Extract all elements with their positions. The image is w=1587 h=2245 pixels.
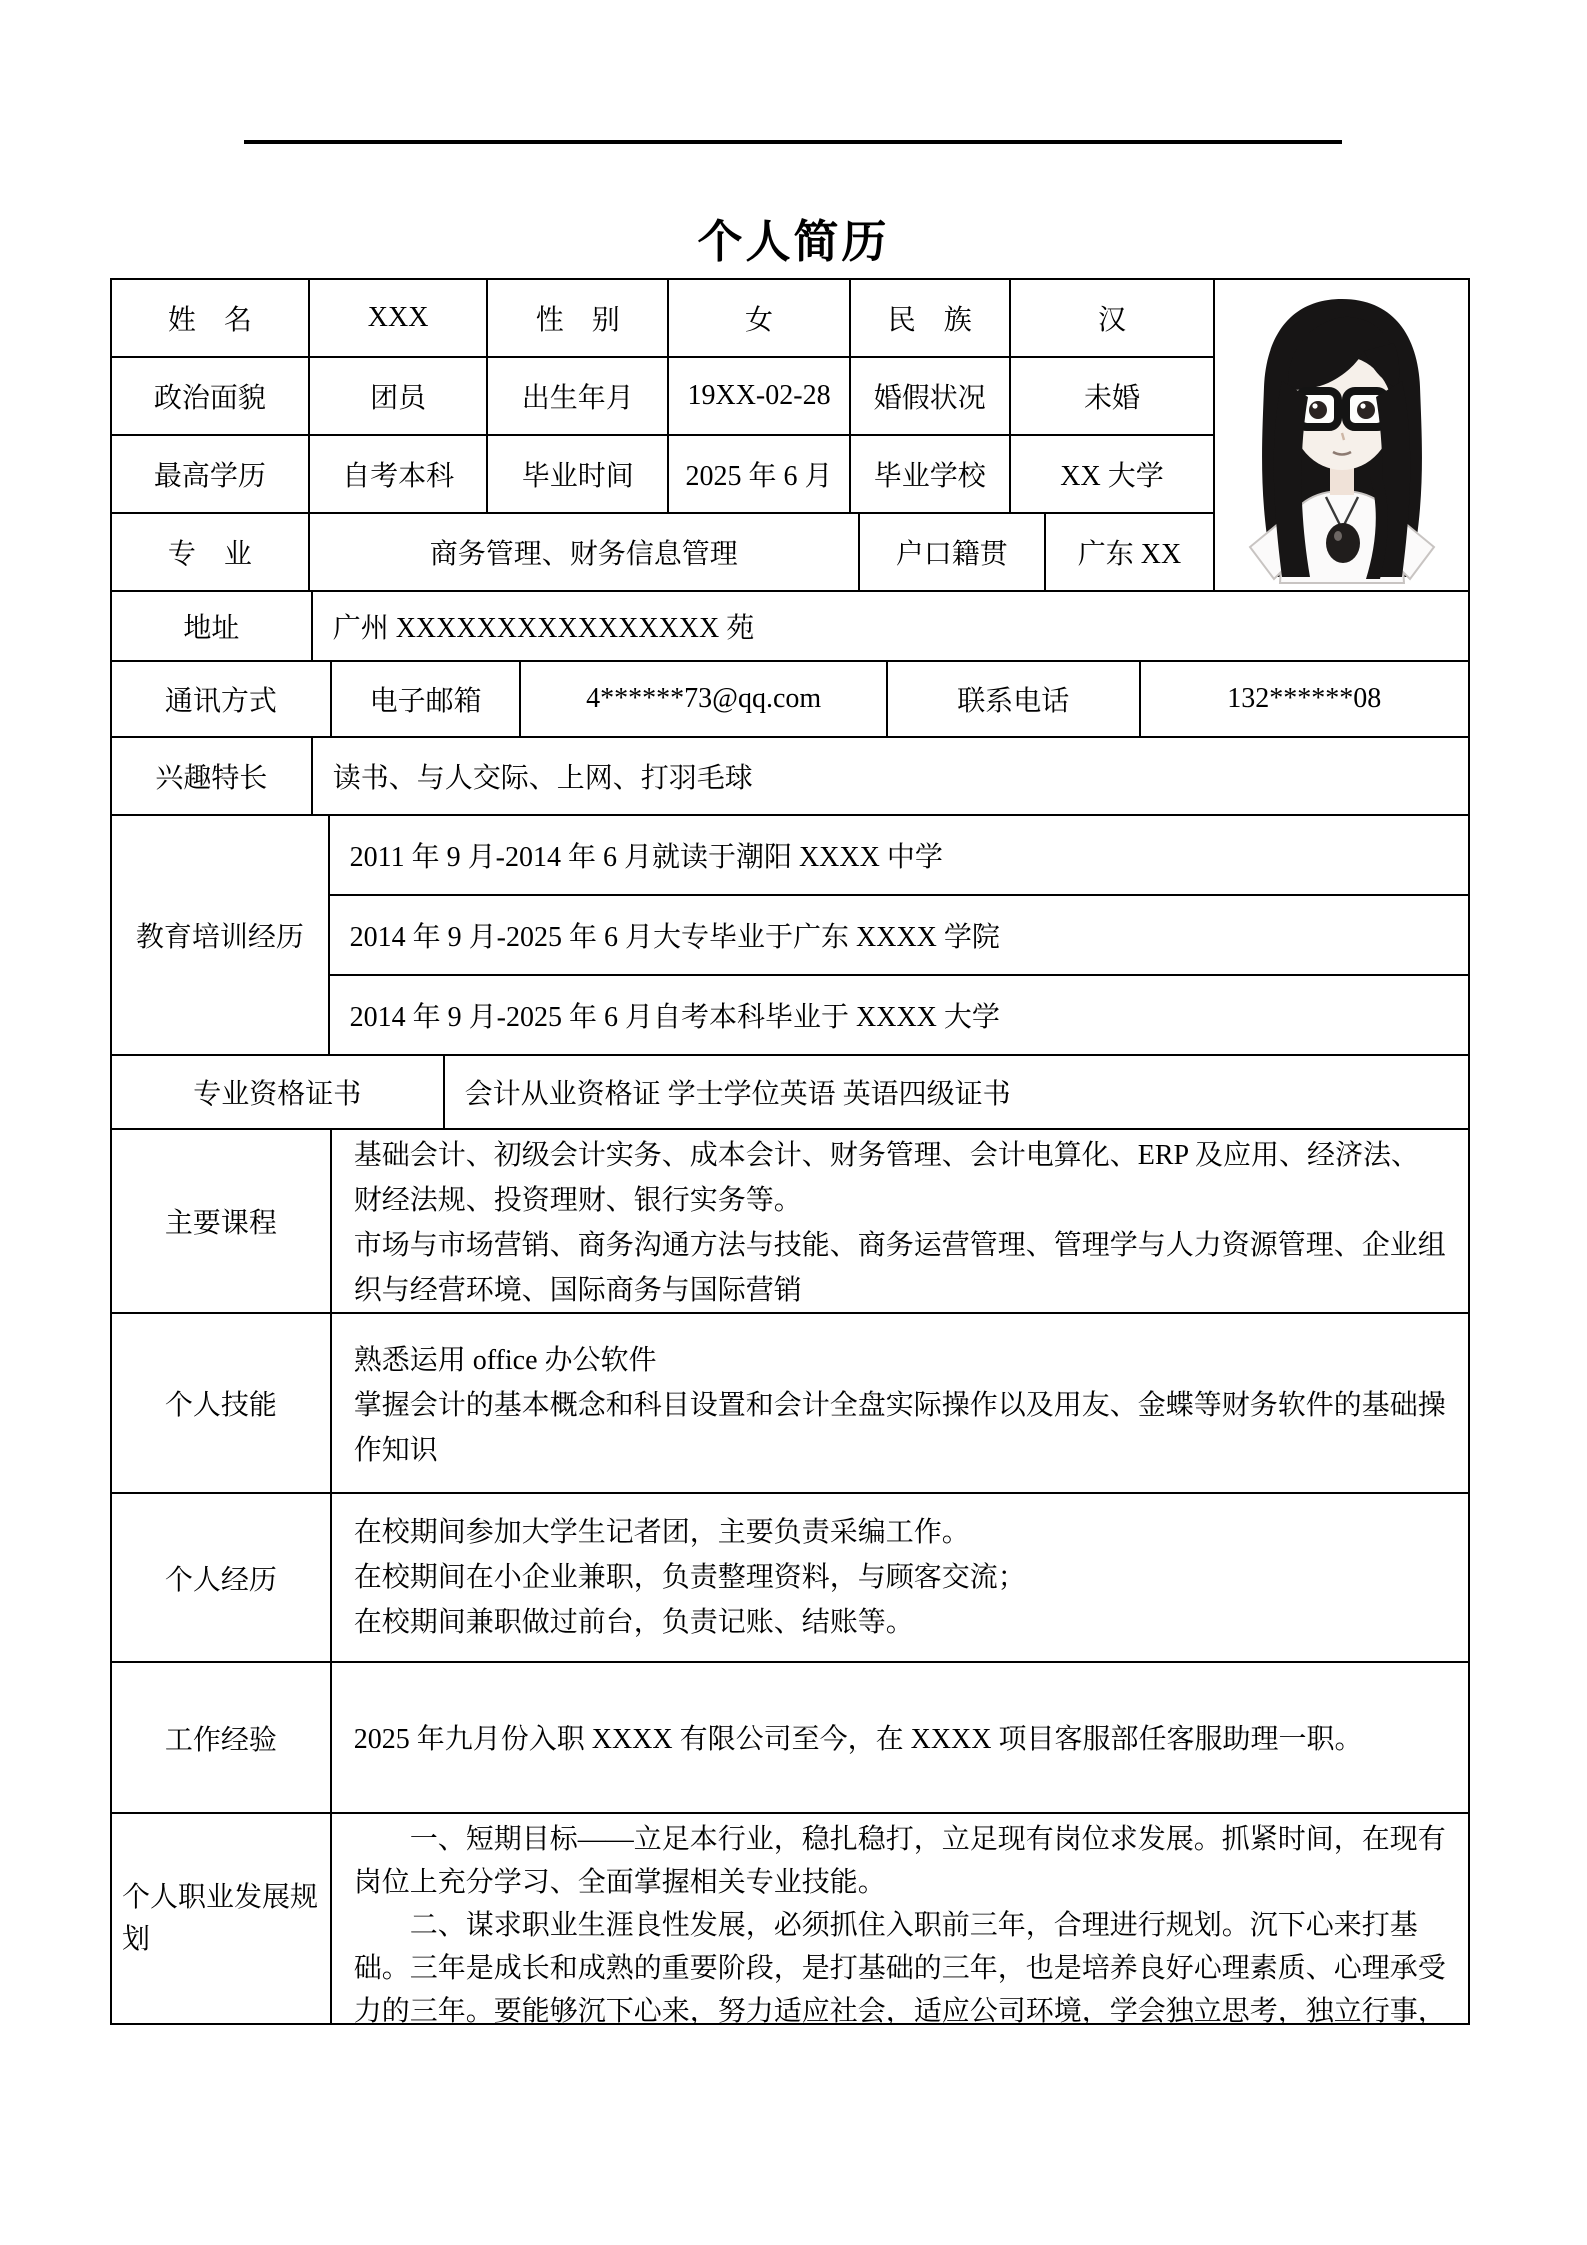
- major-label: 专 业: [112, 514, 310, 592]
- skills-paragraph: 掌握会计的基本概念和科目设置和会计全盘实际操作以及用友、金蝶等财务软件的基础操作…: [354, 1383, 1446, 1473]
- experience-row: 个人经历 在校期间参加大学生记者团，主要负责采编工作。 在校期间在小企业兼职，负…: [112, 1494, 1470, 1663]
- email-label: 电子邮箱: [332, 662, 522, 738]
- address-label: 地址: [112, 592, 313, 662]
- education-row: 教育培训经历 2011 年 9 月-2014 年 6 月就读于潮阳 XXXX 中…: [112, 816, 1470, 1056]
- resume-table: 姓 名 XXX 性 别 女 民 族 汉 政治面貌 团员 出生年月 19XX-02…: [110, 278, 1470, 2025]
- work-label: 工作经验: [112, 1663, 332, 1814]
- basic-info-grid: 姓 名 XXX 性 别 女 民 族 汉 政治面貌 团员 出生年月 19XX-02…: [112, 280, 1215, 592]
- portrait-illustration: [1222, 285, 1462, 585]
- education-items: 2011 年 9 月-2014 年 6 月就读于潮阳 XXXX 中学 2014 …: [330, 816, 1470, 1056]
- address-row: 地址 广州 XXXXXXXXXXXXXXXX 苑: [112, 592, 1470, 662]
- political-status-value: 团员: [310, 358, 489, 436]
- career-plan-paragraph: 一、短期目标——立足本行业，稳扎稳打，立足现有岗位求发展。抓紧时间，在现有岗位上…: [354, 1818, 1446, 1904]
- certificates-value: 会计从业资格证 学士学位英语 英语四级证书: [445, 1056, 1470, 1130]
- graduation-time-value: 2025 年 6 月: [669, 436, 851, 514]
- graduation-time-label: 毕业时间: [488, 436, 669, 514]
- major-value: 商务管理、财务信息管理: [310, 514, 860, 592]
- interests-value: 读书、与人交际、上网、打羽毛球: [313, 738, 1470, 816]
- header-divider-line: [244, 140, 1342, 144]
- table-row: 政治面貌 团员 出生年月 19XX-02-28 婚假状况 未婚: [112, 358, 1215, 436]
- work-row: 工作经验 2025 年九月份入职 XXXX 有限公司至今，在 XXXX 项目客服…: [112, 1663, 1470, 1814]
- courses-paragraph: 基础会计、初级会计实务、成本会计、财务管理、会计电算化、ERP 及应用、经济法、…: [354, 1133, 1446, 1223]
- experience-content: 在校期间参加大学生记者团，主要负责采编工作。 在校期间在小企业兼职，负责整理资料…: [332, 1494, 1470, 1663]
- career-plan-label: 个人职业发展规划: [112, 1814, 332, 2025]
- photo-cell: [1215, 280, 1470, 592]
- phone-value: 132******08: [1141, 662, 1470, 738]
- courses-row: 主要课程 基础会计、初级会计实务、成本会计、财务管理、会计电算化、ERP 及应用…: [112, 1130, 1470, 1314]
- table-row: 姓 名 XXX 性 别 女 民 族 汉: [112, 280, 1215, 358]
- page-title: 个人简历: [0, 205, 1587, 270]
- graduation-school-value: XX 大学: [1011, 436, 1216, 514]
- marital-status-label: 婚假状况: [851, 358, 1011, 436]
- experience-paragraph: 在校期间在小企业兼职，负责整理资料，与顾客交流；: [354, 1555, 1446, 1600]
- education-item: 2014 年 9 月-2025 年 6 月大专毕业于广东 XXXX 学院: [330, 896, 1470, 976]
- certificates-row: 专业资格证书 会计从业资格证 学士学位英语 英语四级证书: [112, 1056, 1470, 1130]
- registered-residence-value: 广东 XX: [1046, 514, 1216, 592]
- interests-row: 兴趣特长 读书、与人交际、上网、打羽毛球: [112, 738, 1470, 816]
- skills-paragraph: 熟悉运用 office 办公软件: [354, 1338, 1446, 1383]
- education-item: 2011 年 9 月-2014 年 6 月就读于潮阳 XXXX 中学: [330, 816, 1470, 896]
- marital-status-value: 未婚: [1011, 358, 1216, 436]
- basic-info-section: 姓 名 XXX 性 别 女 民 族 汉 政治面貌 团员 出生年月 19XX-02…: [112, 280, 1470, 592]
- experience-label: 个人经历: [112, 1494, 332, 1663]
- gender-label: 性 别: [488, 280, 669, 358]
- certificates-label: 专业资格证书: [112, 1056, 445, 1130]
- education-item: 2014 年 9 月-2025 年 6 月自考本科毕业于 XXXX 大学: [330, 976, 1470, 1056]
- courses-content: 基础会计、初级会计实务、成本会计、财务管理、会计电算化、ERP 及应用、经济法、…: [332, 1130, 1470, 1314]
- courses-label: 主要课程: [112, 1130, 332, 1314]
- highest-degree-label: 最高学历: [112, 436, 310, 514]
- experience-paragraph: 在校期间参加大学生记者团，主要负责采编工作。: [354, 1510, 1446, 1555]
- highest-degree-value: 自考本科: [310, 436, 489, 514]
- graduation-school-label: 毕业学校: [851, 436, 1011, 514]
- political-status-label: 政治面貌: [112, 358, 310, 436]
- skills-content: 熟悉运用 office 办公软件 掌握会计的基本概念和科目设置和会计全盘实际操作…: [332, 1314, 1470, 1494]
- interests-label: 兴趣特长: [112, 738, 313, 816]
- skills-label: 个人技能: [112, 1314, 332, 1494]
- birth-date-label: 出生年月: [488, 358, 669, 436]
- courses-paragraph: 市场与市场营销、商务沟通方法与技能、商务运营管理、管理学与人力资源管理、企业组织…: [354, 1223, 1446, 1313]
- birth-date-value: 19XX-02-28: [669, 358, 851, 436]
- phone-label: 联系电话: [888, 662, 1141, 738]
- email-value: 4******73@qq.com: [521, 662, 888, 738]
- ethnicity-value: 汉: [1011, 280, 1216, 358]
- education-label: 教育培训经历: [112, 816, 330, 1056]
- registered-residence-label: 户口籍贯: [860, 514, 1046, 592]
- career-plan-content: 一、短期目标——立足本行业，稳扎稳打，立足现有岗位求发展。抓紧时间，在现有岗位上…: [332, 1814, 1470, 2025]
- experience-paragraph: 在校期间兼职做过前台，负责记账、结账等。: [354, 1600, 1446, 1645]
- name-value: XXX: [310, 280, 489, 358]
- address-value: 广州 XXXXXXXXXXXXXXXX 苑: [313, 592, 1470, 662]
- table-row: 专 业 商务管理、财务信息管理 户口籍贯 广东 XX: [112, 514, 1215, 592]
- contact-label: 通讯方式: [112, 662, 332, 738]
- table-row: 最高学历 自考本科 毕业时间 2025 年 6 月 毕业学校 XX 大学: [112, 436, 1215, 514]
- gender-value: 女: [669, 280, 851, 358]
- career-plan-paragraph: 二、谋求职业生涯良性发展，必须抓住入职前三年，合理进行规划。沉下心来打基础。三年…: [354, 1904, 1446, 2025]
- contact-row: 通讯方式 电子邮箱 4******73@qq.com 联系电话 132*****…: [112, 662, 1470, 738]
- resume-page: 个人简历 姓 名 XXX 性 别 女 民 族 汉 政治面貌 团员 出生年月 19…: [0, 0, 1587, 2245]
- skills-row: 个人技能 熟悉运用 office 办公软件 掌握会计的基本概念和科目设置和会计全…: [112, 1314, 1470, 1494]
- name-label: 姓 名: [112, 280, 310, 358]
- work-paragraph: 2025 年九月份入职 XXXX 有限公司至今，在 XXXX 项目客服部任客服助…: [354, 1717, 1446, 1762]
- career-plan-row: 个人职业发展规划 一、短期目标——立足本行业，稳扎稳打，立足现有岗位求发展。抓紧…: [112, 1814, 1470, 2025]
- ethnicity-label: 民 族: [851, 280, 1011, 358]
- work-content: 2025 年九月份入职 XXXX 有限公司至今，在 XXXX 项目客服部任客服助…: [332, 1663, 1470, 1814]
